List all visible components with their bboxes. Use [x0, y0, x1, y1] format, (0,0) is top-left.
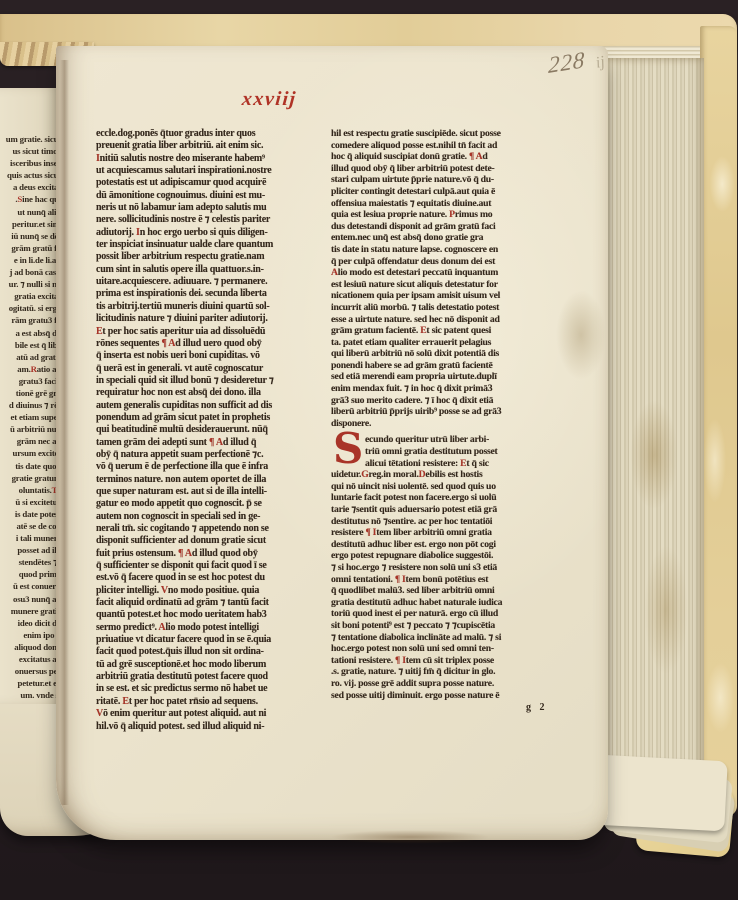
text-line: sermo predict⁹. Alio modo potest intelli… [96, 622, 318, 634]
ink-text: excitatus ali [19, 653, 61, 665]
ink-text: t sic patent quesi [426, 325, 491, 336]
ink-text: quis actus sicut [7, 169, 61, 181]
text-line: uitare.acquiescere. adiuuare. ⁊ permaner… [96, 276, 318, 288]
ink-text: est lesiuū nature sicut aliquis detestat… [331, 279, 498, 290]
text-line: licitudinis nature ⁊ diuini pariter adiu… [96, 313, 318, 325]
ink-text: ur. ⁊ nulli si nō [9, 278, 61, 290]
text-line: toriū quod inest ei per naturā. ergo cū … [331, 608, 553, 620]
ink-text: gratia destitutū adhuc habet naturale iu… [331, 597, 502, 608]
ink-text: atē se de con [16, 520, 61, 532]
text-line: q̄ per culpā offendatur deus donum dei e… [331, 256, 553, 268]
text-line: autem generalis cupiditas non sufficit a… [96, 400, 318, 412]
rubric-text: ¶ A [161, 338, 175, 349]
text-line: gratia excitat [0, 290, 63, 302]
right-column-upper: hil est respectu gratie suscipiēde. sicu… [331, 128, 553, 429]
text-line: luntarie facit potest non facere.ergo si… [331, 492, 553, 504]
ink-text: resistere [331, 527, 366, 538]
rubric-text: ¶ A [178, 548, 192, 559]
text-line: cum sint in salutis opere illa quattuor.… [96, 264, 318, 276]
text-line: tamen grām dei adepti sunt ¶ Ad illud q̄ [96, 437, 318, 449]
text-line: tionē grē gra [0, 387, 63, 399]
text-line: ideo dicit do [0, 617, 63, 629]
text-line: j ad bonā casti [0, 266, 63, 278]
ink-text: q̄ uerā est in generali. vt autē cognosc… [96, 363, 263, 374]
ink-text: d [482, 151, 487, 162]
text-line: ergo potest repugnare diabolice suggestō… [331, 550, 553, 562]
ink-text: hoc q̄ aliquid suscipiat donū gratie. [331, 151, 469, 162]
text-line: sed posse uitij diminuit. ergo posse nat… [331, 690, 553, 702]
book-page: xxviij 228 ij eccle.dog.ponēs q̄tuor gra… [56, 46, 608, 840]
ink-text: ebilis est hostis [425, 469, 482, 480]
text-line: dus detestandi disponit ad grām gratū fa… [331, 221, 553, 233]
rubric-text: V [96, 708, 103, 719]
ink-text: q̄ per culpā offendatur deus donum dei e… [331, 256, 495, 267]
book-photograph: um gratie. sicutus sicut timorisceribus … [0, 0, 738, 900]
drop-cap-paragraph: S ecundo queritur utrū liber arbi-triū o… [331, 434, 553, 469]
text-line: hoc.ergo potest non solū uni sed omni te… [331, 643, 553, 655]
text-line: munere gratie [0, 605, 63, 617]
ink-text: cum sint in salutis opere illa quattuor.… [96, 264, 264, 275]
text-line: enim mendax fuit. ⁊ in hoc q̄ dixit prim… [331, 383, 553, 395]
text-line: resistere ¶ Item liber arbitriū omni gra… [331, 527, 553, 539]
fore-edge-stain [630, 400, 678, 510]
ink-text: potestatis est ut adipiscamur quod acqui… [96, 177, 266, 188]
ink-text: dū āmonitione cognouimus. diuini est mu- [96, 190, 265, 201]
text-line: incurrit aliū morbū. ⁊ talis detestatio … [331, 302, 553, 314]
text-line: atē se de con [0, 520, 63, 532]
ink-text: gratie gratum [12, 472, 61, 484]
ink-text: enim mendax fuit. ⁊ in hoc q̄ dixit prim… [331, 383, 492, 394]
ink-text: hil.vō q̄ aliquid potest. sed illud aliq… [96, 721, 264, 732]
text-line: enim ipo q̄ [0, 629, 63, 641]
text-line: liberū arbitriū p̄prijs uirib⁹ posse se … [331, 406, 553, 418]
ink-text: lio modo est detestari peccatū inquantum [338, 267, 498, 278]
ink-text: ponendi habere se ad grām gratū facientē [331, 360, 493, 371]
ink-text: ū arbitriū nun [10, 423, 61, 435]
rubricated-initial-S: S [333, 432, 363, 466]
ink-text: quantū potest.et hoc modo ueritatem hab3 [96, 609, 267, 620]
rubric-text: ¶ A [209, 437, 223, 448]
text-line: priuatiue vt dicatur facere quod in se ē… [96, 634, 318, 646]
text-line: facit quod potest.q̄uis illud non sit or… [96, 646, 318, 658]
text-line: arbitriū gratia destitutū potest facere … [96, 671, 318, 683]
text-line: ⁊ si hoc.ergo ⁊ resistere non solū uni s… [331, 562, 553, 574]
ink-text: eccle.dog.ponēs q̄tuor gradus inter quos [96, 128, 255, 139]
text-line: posset ad illi [0, 544, 63, 556]
ink-text: fuit prius ostensum. [96, 548, 178, 559]
ink-text: incurrit aliū morbū. ⁊ talis detestatio … [331, 302, 499, 313]
ink-text: stari culpam uirtute p̄prie nature.vō q̄… [331, 174, 494, 185]
ink-text: sermo predict⁹. [96, 622, 158, 633]
ink-text: tem cū sit triplex posse [406, 655, 494, 666]
text-line: hoc q̄ aliquid suscipiat donū gratie. ¶ … [331, 151, 553, 163]
ink-text: is date potest [15, 508, 61, 520]
ink-text: rōnes sequentes [96, 338, 161, 349]
ink-text: ergo potest repugnare diabolice suggestō… [331, 550, 493, 561]
ink-text: e in li.de li.ar. [14, 254, 61, 266]
text-line: hil est respectu gratie suscipiēde. sicu… [331, 128, 553, 140]
ink-text: liberū arbitriū p̄prijs uirib⁹ posse se … [331, 406, 501, 417]
text-line: triū omni gratia destitutum posset [365, 446, 553, 458]
ink-text: a est absq̄ do [15, 327, 61, 339]
ink-text: qui beatitudinē multū desiderauerunt. nū… [96, 424, 268, 435]
text-line: isceribus inser [0, 157, 63, 169]
text-line: a est absq̄ do [0, 327, 63, 339]
ink-text: aliquod dona [14, 641, 61, 653]
ink-text: tis date in statu nature lapse. cognosce… [331, 244, 498, 255]
text-line: quis actus sicut [0, 169, 63, 181]
ink-text: possit liber arbitrium respectu gratie.n… [96, 251, 264, 262]
ink-text: am. [17, 363, 30, 375]
ink-text: no modo positiue. quia [168, 585, 259, 596]
text-line: oluntatis. Te [0, 484, 63, 496]
ink-text: n hoc ergo uerbo si quis diligen- [140, 227, 268, 238]
ink-text: tarie ⁊sentit quis aduersario potest eti… [331, 504, 497, 515]
ink-text: stendētes ⁊c [19, 556, 61, 568]
ink-text: quia est lesiua proprie nature. [331, 209, 449, 220]
text-line: requiratur hoc non est absq̄ dei dono. i… [96, 387, 318, 399]
text-line: pliciter intelligi. Vno modo positiue. q… [96, 585, 318, 597]
text-line: ut nunq̄ aliq̄ [0, 206, 63, 218]
ink-text: autem non cognoscit in speciali sed in g… [96, 511, 260, 522]
text-line: rōnes sequentes ¶ Ad illud uero quod obȳ [96, 338, 318, 350]
ink-text: qui liberū arbitriū nō solū dixit potent… [331, 348, 499, 359]
text-line: adiutorij. In hoc ergo uerbo si quis dil… [96, 227, 318, 239]
ink-text: tionē grē gra [16, 387, 61, 399]
drop-cap-lines: ecundo queritur utrū liber arbi-triū omn… [365, 434, 553, 469]
ink-text: uitare.acquiescere. adiuuare. ⁊ permaner… [96, 276, 267, 287]
text-line: autem non cognoscit in speciali sed in g… [96, 511, 318, 523]
text-line: a deus excitat [0, 181, 63, 193]
text-line: tarie ⁊sentit quis aduersario potest eti… [331, 504, 553, 516]
ink-text: illud quod obȳ q̄ liber arbitriū potest … [331, 163, 495, 174]
text-line: pliciter contingit detestari culpā.aut q… [331, 186, 553, 198]
ink-text: comedere aliquod posse est.nihil tn̄ fac… [331, 140, 497, 151]
ink-text: est.vō q̄ facere quod in se est hoc pote… [96, 572, 265, 583]
ink-text: neris ut nō labamur iam adepto salutis m… [96, 202, 266, 213]
fanned-page-corner [594, 755, 727, 832]
ink-text: i tali munere [16, 532, 61, 544]
ink-text: adiutorij. [96, 227, 136, 238]
text-line: sed etiā merendi eam propria uirtute.dup… [331, 371, 553, 383]
text-line: nicationem quia per ipsam amisit uisum v… [331, 290, 553, 302]
ink-text: preuenit gratia liber arbitriū. ait enim… [96, 140, 263, 151]
text-line: est lesiuū nature sicut aliquis detestat… [331, 279, 553, 291]
ink-text: osu3 nunq̄ ad [13, 593, 61, 605]
ink-text: alicui tētationi resistere: [365, 458, 460, 469]
text-line: tis arbitrij.tertiū muneris diuini quart… [96, 301, 318, 313]
ink-text: nere. sollicitudinis nostre ē ⁊ celestis… [96, 214, 270, 225]
ink-text: et etiam super [11, 411, 61, 423]
ink-text: ursum excitet [13, 447, 61, 459]
ink-text: ro. vij. posse grē addit supra posse nat… [331, 678, 494, 689]
text-line: nerali tm̄. sic cogitando ⁊ appetendo no… [96, 523, 318, 535]
text-line: um gratie. sicut [0, 133, 63, 145]
text-line: et etiam super [0, 411, 63, 423]
text-line: ū arbitriū nun [0, 423, 63, 435]
ink-text: arbitriū gratia destitutū potest facere … [96, 671, 268, 682]
text-line: ū est conuerti [0, 580, 63, 592]
ink-text: bile est q̄ libe [15, 339, 61, 351]
ink-text: licitudinis nature ⁊ diuini pariter adiu… [96, 313, 268, 324]
ink-text: d illud quod obȳ [192, 548, 258, 559]
ink-text: tem liber arbitriū omni gratia [376, 527, 492, 538]
text-line: dū āmonitione cognouimus. diuini est mu- [96, 190, 318, 202]
text-line: ut acquiescamus salutari inspirationi.no… [96, 165, 318, 177]
ink-text: luntarie facit potest non facere.ergo si… [331, 492, 496, 503]
text-line: sit boni potenti⁹ est ⁊ peccato ⁊ ⁊cupis… [331, 620, 553, 632]
ink-text: nitiū salutis nostre deo miserante habem… [100, 153, 265, 164]
text-line: quod primo [0, 568, 63, 580]
ink-text: ogitatū. si ergo [9, 302, 61, 314]
ink-text: hil est respectu gratie suscipiēde. sicu… [331, 128, 501, 139]
text-line: potestatis est ut adipiscamur quod acqui… [96, 177, 318, 189]
text-line: in se est. et sic predictus sermo nō hab… [96, 683, 318, 695]
ink-text: ū si excitetur [15, 496, 61, 508]
ink-text: triū omni gratia destitutum posset [365, 446, 498, 457]
ink-text: eri arbitrij ⁊ [17, 701, 61, 704]
text-line: is date potest [0, 508, 63, 520]
ink-text: q̄ quodlibet malū3. sed liber arbitriū o… [331, 585, 494, 596]
text-line: osu3 nunq̄ ad [0, 593, 63, 605]
right-column-lower: uidetur.Greg.in moral.Debilis est hostis… [331, 469, 553, 701]
ink-text: d illud uero quod obȳ [175, 338, 261, 349]
text-line: aliquod dona [0, 641, 63, 653]
text-line: ritatē. Et per hoc patet rn̄sio ad seque… [96, 696, 318, 708]
ink-text: rām gratu3 fa [11, 314, 61, 326]
ink-text: gatur eo modo appetit quo cognoscit. p̄ … [96, 498, 262, 509]
text-line: omni tentationi. ¶ Item bonū potētius es… [331, 574, 553, 586]
text-line: e in li.de li.ar. [0, 254, 63, 266]
ink-text: t per hoc satis aperitur uia ad dissoluē… [102, 326, 265, 337]
text-line: nere. sollicitudinis nostre ē ⁊ celestis… [96, 214, 318, 226]
text-line: comedere aliquod posse est.nihil tn̄ fac… [331, 140, 553, 152]
text-line: qui liberū arbitriū nō solū dixit potent… [331, 348, 553, 360]
text-line: d diuinus ⁊ rēs [0, 399, 63, 411]
ink-text: obȳ q̄ natura appetit suam perfectionē ⁊… [96, 449, 263, 460]
ink-text: ta. patet etiam qualiter errauerit pelag… [331, 337, 491, 348]
text-line: qui beatitudinē multū desiderauerunt. nū… [96, 424, 318, 436]
ink-text: dus detestandi disponit ad grām gratū fa… [331, 221, 495, 232]
ink-text: facit quod potest.q̄uis illud non sit or… [96, 646, 264, 657]
text-line: q̄ inserta est nobis ueri boni cupiditas… [96, 350, 318, 362]
text-line: alicui tētationi resistere: Et q̄ sic [365, 458, 553, 470]
ink-text: d illud q̄ [223, 437, 256, 448]
ink-text: reg.in moral. [369, 469, 419, 480]
ink-text: autem generalis cupiditas non sufficit a… [96, 400, 272, 411]
page-margin-stain [556, 290, 606, 380]
text-line: tū ad grē susceptionē.et hoc modo liberu… [96, 659, 318, 671]
text-line: que super naturam est. aut si de illa in… [96, 486, 318, 498]
ink-text: in se est. et sic predictus sermo nō hab… [96, 683, 267, 694]
text-line: disponit sufficienter ad donum gratie si… [96, 535, 318, 547]
ink-text: offensiua maiestatis ⁊ equitatis diuine.… [331, 198, 491, 209]
ink-text: ut nunq̄ aliq̄ [17, 206, 61, 218]
text-line: esse a uirtute nature. sed hec nō dispon… [331, 314, 553, 326]
ink-text: nerali tm̄. sic cogitando ⁊ appetendo no… [96, 523, 269, 534]
text-line: destitutū adhuc liber est. ergo non pōt … [331, 539, 553, 551]
ink-text: tū ad grē susceptionē.et hoc modo liberu… [96, 659, 266, 670]
text-line: vō q̄ uerum ē de perfectione illa que ē … [96, 461, 318, 473]
ink-text: tis arbitrij.tertiū muneris diuini quart… [96, 301, 270, 312]
text-line: Alio modo est detestari peccatū inquantu… [331, 267, 553, 279]
ink-text: entem.nec unq̄ est absq̄ dono gratie gra [331, 232, 483, 243]
rubric-text: ¶ A [469, 151, 482, 162]
text-line: grām gratum facientē. Et sic patent ques… [331, 325, 553, 337]
text-line: q̄ quodlibet malū3. sed liber arbitriū o… [331, 585, 553, 597]
text-line: .s. gratie, nature. ⁊ uitij fm̄ q̄ dicit… [331, 666, 553, 678]
text-line: Et per hoc satis aperitur uia ad dissolu… [96, 326, 318, 338]
ink-text: t q̄ sic [466, 458, 488, 469]
ink-text: destitutū adhuc liber est. ergo non pōt … [331, 539, 496, 550]
ink-text: gratu3 faciē [19, 375, 61, 387]
gutter-crease [60, 60, 69, 805]
text-line: hil.vō q̄ aliquid potest. sed illud aliq… [96, 721, 318, 733]
ink-text: atū ad gratis [16, 351, 61, 363]
rubric-text: ¶ I [395, 574, 406, 585]
rubric-text: A [331, 267, 338, 278]
ink-text: ponendum ad grām sicut patet in propheti… [96, 412, 270, 423]
ink-text: isceribus inser [10, 157, 61, 169]
text-line: gratia destitutū adhuc habet naturale iu… [331, 597, 553, 609]
text-line: ta. patet etiam qualiter errauerit pelag… [331, 337, 553, 349]
text-line: offensiua maiestatis ⁊ equitatis diuine.… [331, 198, 553, 210]
text-line: ponendi habere se ad grām gratū facientē [331, 360, 553, 372]
ink-text: ut acquiescamus salutari inspirationi.no… [96, 165, 272, 176]
ink-text: tationi resistere. [331, 655, 395, 666]
ink-text: q̄ inserta est nobis ueri boni cupiditas… [96, 350, 260, 361]
ink-text: lio modo potest intelligi [165, 622, 258, 633]
text-line: excitatus ali [0, 653, 63, 665]
ink-text: toriū quod inest ei per naturā. ergo cū … [331, 608, 498, 619]
text-line: quia est lesiua proprie nature. Primus m… [331, 209, 553, 221]
ink-text: vō q̄ uerum ē de perfectione illa que ē … [96, 461, 268, 472]
text-line: uidetur.Greg.in moral.Debilis est hostis [331, 469, 553, 481]
text-line: i tali munere [0, 532, 63, 544]
ink-text: grām nec ad [17, 435, 61, 447]
ink-text: j ad bonā casti [10, 266, 62, 278]
text-line: grām nec ad [0, 435, 63, 447]
ink-text: facit aliquid ordinatū ad grām ⁊ tantū f… [96, 597, 269, 608]
rubric-text: V [161, 585, 168, 596]
ink-text: tem bonū potētius est [406, 574, 489, 585]
text-line: ponendum ad grām sicut patet in propheti… [96, 412, 318, 424]
text-line: q̄ uerā est in generali. vt autē cognosc… [96, 363, 318, 375]
ink-text: ter inspiciat insinuatur ualde clare qua… [96, 239, 273, 250]
text-line: neris ut nō labamur iam adepto salutis m… [96, 202, 318, 214]
ink-text: tamen grām dei adepti sunt [96, 437, 209, 448]
text-line: q̄ sufficienter se disponit qui facit qu… [96, 560, 318, 572]
text-line: disponere. [331, 418, 553, 430]
text-line: grām gratū fa [0, 242, 63, 254]
handwritten-folio-number: 228 [548, 47, 585, 79]
ink-text: ⁊ si hoc.ergo ⁊ resistere non solū uni s… [331, 562, 497, 573]
ink-text: onuersus per [15, 665, 61, 677]
text-line: tationi resistere. ¶ Item cū sit triplex… [331, 655, 553, 667]
ink-text: esse a uirtute nature. sed hec nō dispon… [331, 314, 500, 325]
ink-text: qui nō uincit nisi uolentē. sed quod qui… [331, 481, 496, 492]
ink-text: sed etiā merendi eam propria uirtute.dup… [331, 371, 497, 382]
text-line: ter inspiciat insinuatur ualde clare qua… [96, 239, 318, 251]
fore-edge-stain [644, 545, 688, 675]
handwritten-faint-marks: ij [594, 53, 606, 72]
ink-text: requiratur hoc non est absq̄ dei dono. i… [96, 387, 261, 398]
ink-text: grām gratū fa [11, 242, 61, 254]
text-line: prima est inspirationis dei. secunda lib… [96, 288, 318, 300]
text-line: Vō enim queritur aut potest aliquid. aut… [96, 708, 318, 720]
text-line: tis date quod [0, 460, 63, 472]
ink-text: rimus mo [455, 209, 493, 220]
ink-text: prima est inspirationis dei. secunda lib… [96, 288, 267, 299]
ink-text: ritatē. [96, 696, 122, 707]
bottom-edge-stain [330, 830, 490, 844]
text-line: us sicut timor [0, 145, 63, 157]
text-line: possit liber arbitrium respectu gratie.n… [96, 251, 318, 263]
text-line: ro. vij. posse grē addit supra posse nat… [331, 678, 553, 690]
ink-text: um. vnde si [20, 689, 61, 701]
text-line: gratie gratum [0, 472, 63, 484]
ink-text: .s. gratie, nature. ⁊ uitij fm̄ q̄ dicit… [331, 666, 495, 677]
text-line: grā3 suo merito cadere. ⁊ ī hoc q̄ dixit… [331, 395, 553, 407]
ink-text: sit boni potenti⁹ est ⁊ peccato ⁊ ⁊cupis… [331, 620, 495, 631]
vellum-cover-fore-edge [700, 26, 737, 816]
text-line: terminos nature. non autem oportet de il… [96, 474, 318, 486]
ink-text: nicationem quia per ipsam amisit uisum v… [331, 290, 500, 301]
ink-text: posset ad illi [17, 544, 61, 556]
ink-text: gratia excitat [14, 290, 61, 302]
ink-text: priuatiue vt dicatur facere quod in se ē… [96, 634, 271, 645]
ink-text: oluntatis. [19, 484, 52, 496]
text-line: obȳ q̄ natura appetit suam perfectionē ⁊… [96, 449, 318, 461]
right-text-column: hil est respectu gratie suscipiēde. sicu… [331, 128, 553, 701]
text-line: eri arbitrij ⁊ [0, 701, 63, 704]
text-line: onuersus per [0, 665, 63, 677]
ink-text: petetur.et ex [18, 677, 62, 689]
ink-text: hoc.ergo potest non solū uni sed omni te… [331, 643, 494, 654]
rubric-text: ¶ I [366, 527, 377, 538]
facing-page-text-strip: um gratie. sicutus sicut timorisceribus … [0, 88, 63, 704]
text-line: iū nunq̄ se dēt [0, 230, 63, 242]
ink-text: sed posse uitij diminuit. ergo posse nat… [331, 690, 499, 701]
text-line: fuit prius ostensum. ¶ Ad illud quod obȳ [96, 548, 318, 560]
text-line: ecundo queritur utrū liber arbi- [365, 434, 553, 446]
text-line: am. Ratio aū [0, 363, 63, 375]
ink-text: destitutus nō ⁊sentire. ac per hoc tenta… [331, 516, 492, 527]
ink-text: in speciali quid sit illud bonū ⁊ deside… [96, 375, 274, 386]
text-line: preuenit gratia liber arbitriū. ait enim… [96, 140, 318, 152]
ink-text: d diuinus ⁊ rēs [9, 399, 61, 411]
text-line: stendētes ⁊c [0, 556, 63, 568]
ink-text: ⁊ tentatione diabolica inclināte ad malū… [331, 632, 501, 643]
text-line: .Sine hac qui [0, 193, 63, 205]
ink-text: omni tentationi. [331, 574, 395, 585]
ink-text: pliciter intelligi. [96, 585, 161, 596]
text-line: qui nō uincit nisi uolentē. sed quod qui… [331, 481, 553, 493]
text-line: gratu3 faciē [0, 375, 63, 387]
ink-text: disponit sufficienter ad donum gratie si… [96, 535, 266, 546]
text-line: rām gratu3 fa [0, 314, 63, 326]
ink-text: pliciter contingit detestari culpā.aut q… [331, 186, 495, 197]
text-line: in speciali quid sit illud bonū ⁊ deside… [96, 375, 318, 387]
ink-text: us sicut timor [12, 145, 61, 157]
text-line: tis date in statu nature lapse. cognosce… [331, 244, 553, 256]
left-text-column: eccle.dog.ponēs q̄tuor gradus inter quos… [96, 128, 318, 733]
text-line: eccle.dog.ponēs q̄tuor gradus inter quos [96, 128, 318, 140]
quire-signature-mark: g 2 [526, 702, 548, 713]
ink-text: um gratie. sicut [6, 133, 61, 145]
page-heading-roman-numeral: xxviij [241, 88, 298, 111]
text-line: stari culpam uirtute p̄prie nature.vō q̄… [331, 174, 553, 186]
